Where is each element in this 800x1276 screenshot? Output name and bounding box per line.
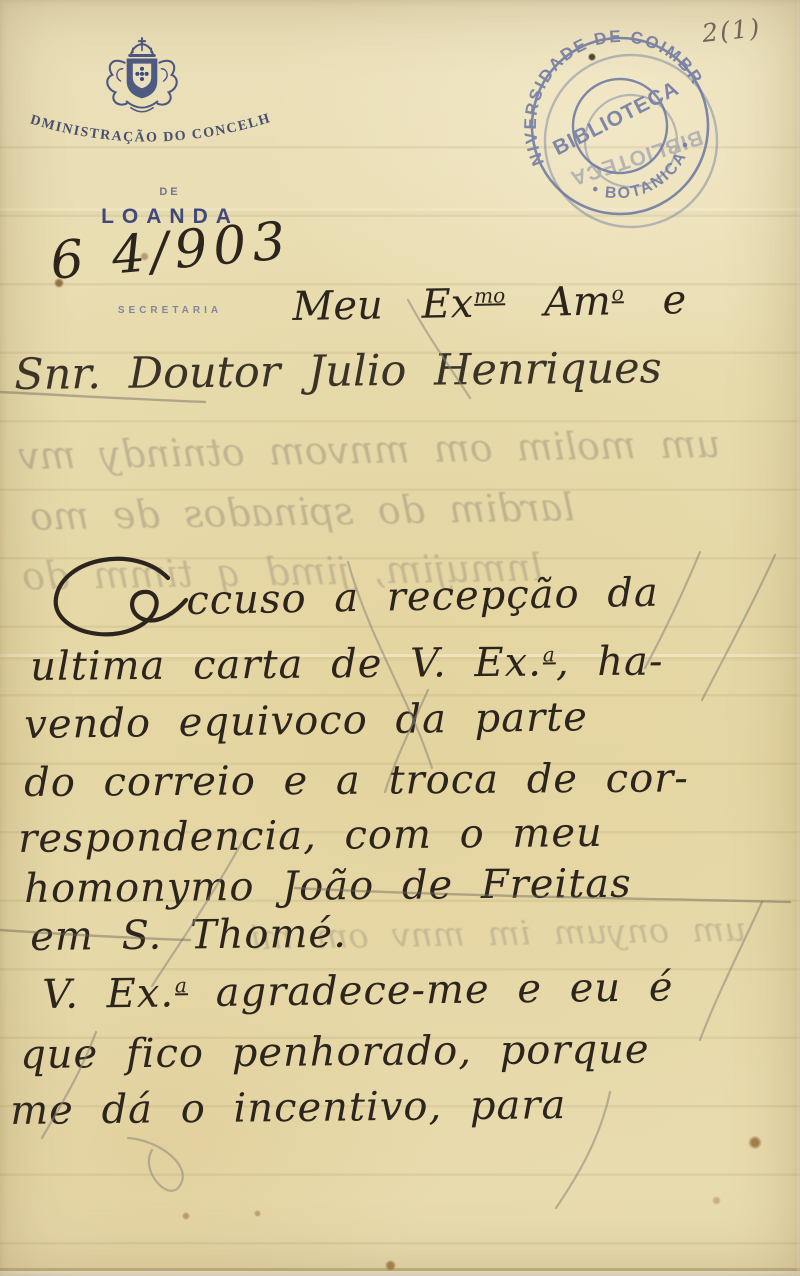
handwriting-line: do correio e a troca de cor- bbox=[24, 755, 689, 806]
handwriting-line: V. Ex.a agradece-me e eu é bbox=[42, 964, 674, 1018]
salutation-line: Meu Exmo Amo e bbox=[292, 277, 687, 330]
svg-text:ADMINISTRAÇÃO DO CONCELHO: ADMINISTRAÇÃO DO CONCELHO bbox=[18, 100, 273, 146]
bleedthrough-line: lardim do spinados de mo bbox=[30, 485, 575, 538]
handwriting-line: que fico penhorado, porque bbox=[20, 1027, 650, 1078]
letterhead-department: SECRETARIA bbox=[70, 305, 270, 316]
handwriting-line: em S. Thomé. bbox=[30, 911, 347, 960]
letterhead-de: DE bbox=[70, 186, 270, 198]
scanned-letter-page: ADMINISTRAÇÃO DO CONCELHO DE LOANDA 6 4/… bbox=[0, 0, 800, 1276]
handwriting-line: homonymo João de Freitas bbox=[24, 861, 632, 912]
foxing-spot bbox=[254, 1210, 261, 1217]
handwriting-line: respondencia, com o meu bbox=[18, 810, 603, 862]
foxing-spot bbox=[748, 1136, 762, 1149]
addressee-line: Snr. Doutor Julio Henriques bbox=[14, 343, 662, 400]
handwriting-line: vendo equivoco da parte bbox=[24, 694, 588, 748]
foxing-spot bbox=[182, 1212, 190, 1220]
ornate-initial-A bbox=[40, 552, 200, 652]
letterhead-title-text: ADMINISTRAÇÃO DO CONCELHO bbox=[18, 100, 273, 146]
foxing-spot bbox=[712, 1196, 721, 1205]
archival-number-pencil: 2(1) bbox=[701, 13, 763, 48]
handwriting-line: ccuso a recepção da bbox=[186, 570, 659, 624]
handwriting-line: me dá o incentivo, para bbox=[10, 1082, 567, 1134]
handwriting-line: ultima carta de V. Ex.a, ha- bbox=[30, 638, 664, 690]
page-bottom-edge bbox=[0, 1271, 800, 1276]
bleedthrough-line: um molim om mnvom otnindy mv bbox=[18, 422, 721, 478]
letterhead-arched-title: ADMINISTRAÇÃO DO CONCELHO bbox=[18, 100, 283, 170]
